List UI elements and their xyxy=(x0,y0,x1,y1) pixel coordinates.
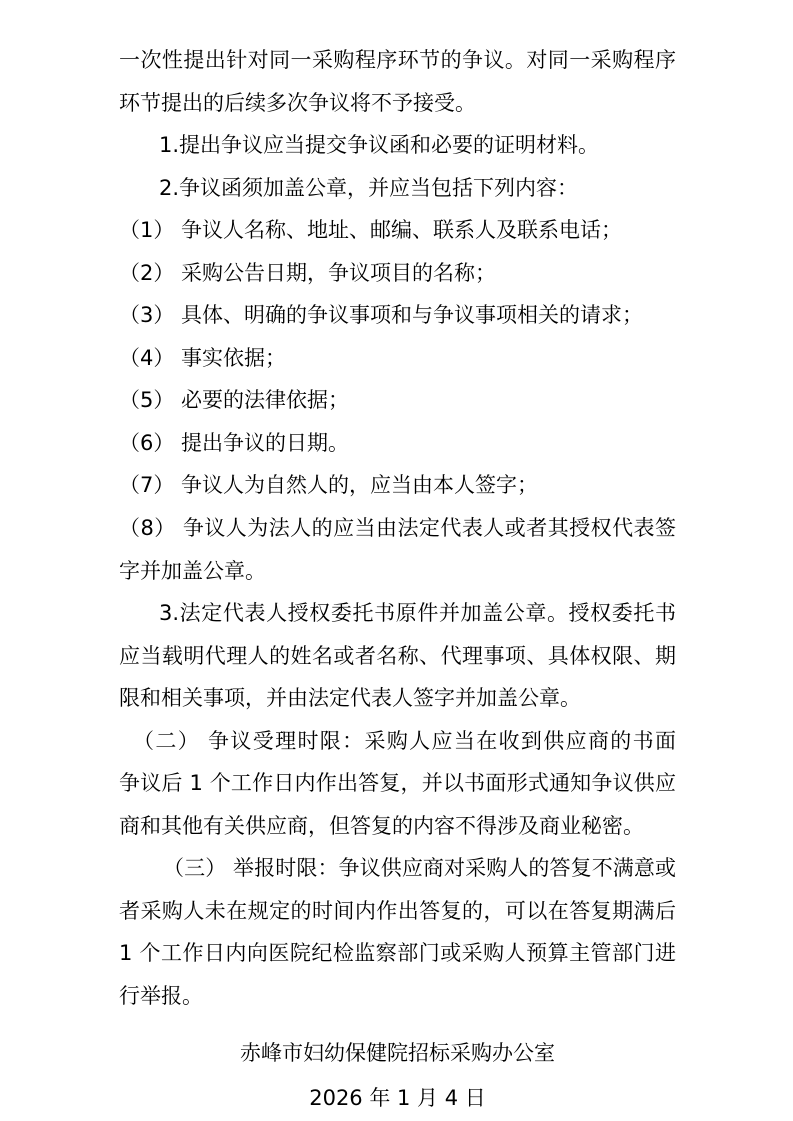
document-line: 一次性提出针对同一采购程序环节的争议。对同一采购程序 xyxy=(119,39,676,82)
document-line: 应当载明代理人的姓名或者名称、代理事项、具体权限、期 xyxy=(119,635,676,678)
document-line-section-2: （二） 争议受理时限：采购人应当在收到供应商的书面 xyxy=(119,720,676,763)
document-line-item-3: （3） 具体、明确的争议事项和与争议事项相关的请求； xyxy=(119,294,676,337)
document-line-section-3: （三） 举报时限：争议供应商对采购人的答复不满意或 xyxy=(119,847,676,890)
document-line: 者采购人未在规定的时间内作出答复的，可以在答复期满后 xyxy=(119,890,676,933)
document-line-item-8: （8） 争议人为法人的应当由法定代表人或者其授权代表签 xyxy=(119,507,676,550)
document-line-numbered-2: 2.争议函须加盖公章，并应当包括下列内容： xyxy=(119,167,676,210)
document-line: 字并加盖公章。 xyxy=(119,550,676,593)
document-line-numbered-3: 3.法定代表人授权委托书原件并加盖公章。授权委托书 xyxy=(119,592,676,635)
signature-org: 赤峰市妇幼保健院招标采购办公室 xyxy=(119,1031,676,1076)
document-line: 1 个工作日内向医院纪检监察部门或采购人预算主管部门进 xyxy=(119,932,676,975)
document-line-item-5: （5） 必要的法律依据； xyxy=(119,379,676,422)
document-line: 限和相关事项，并由法定代表人签字并加盖公章。 xyxy=(119,677,676,720)
document-page: 一次性提出针对同一采购程序环节的争议。对同一采购程序 环节提出的后续多次争议将不… xyxy=(0,0,793,1121)
document-line: 争议后 1 个工作日内作出答复，并以书面形式通知争议供应 xyxy=(119,762,676,805)
signature-date: 2026 年 1 月 4 日 xyxy=(119,1076,676,1121)
document-line-item-7: （7） 争议人为自然人的，应当由本人签字； xyxy=(119,464,676,507)
document-line: 行举报。 xyxy=(119,975,676,1018)
document-line-item-2: （2） 采购公告日期，争议项目的名称； xyxy=(119,252,676,295)
signature-block: 赤峰市妇幼保健院招标采购办公室 2026 年 1 月 4 日 xyxy=(119,1031,676,1121)
document-body: 一次性提出针对同一采购程序环节的争议。对同一采购程序 环节提出的后续多次争议将不… xyxy=(0,0,793,1121)
document-line-numbered-1: 1.提出争议应当提交争议函和必要的证明材料。 xyxy=(119,124,676,167)
document-line: 环节提出的后续多次争议将不予接受。 xyxy=(119,82,676,125)
document-line-item-4: （4） 事实依据； xyxy=(119,337,676,380)
document-line-item-1: （1） 争议人名称、地址、邮编、联系人及联系电话； xyxy=(119,209,676,252)
document-line: 商和其他有关供应商，但答复的内容不得涉及商业秘密。 xyxy=(119,805,676,848)
document-line-item-6: （6） 提出争议的日期。 xyxy=(119,422,676,465)
